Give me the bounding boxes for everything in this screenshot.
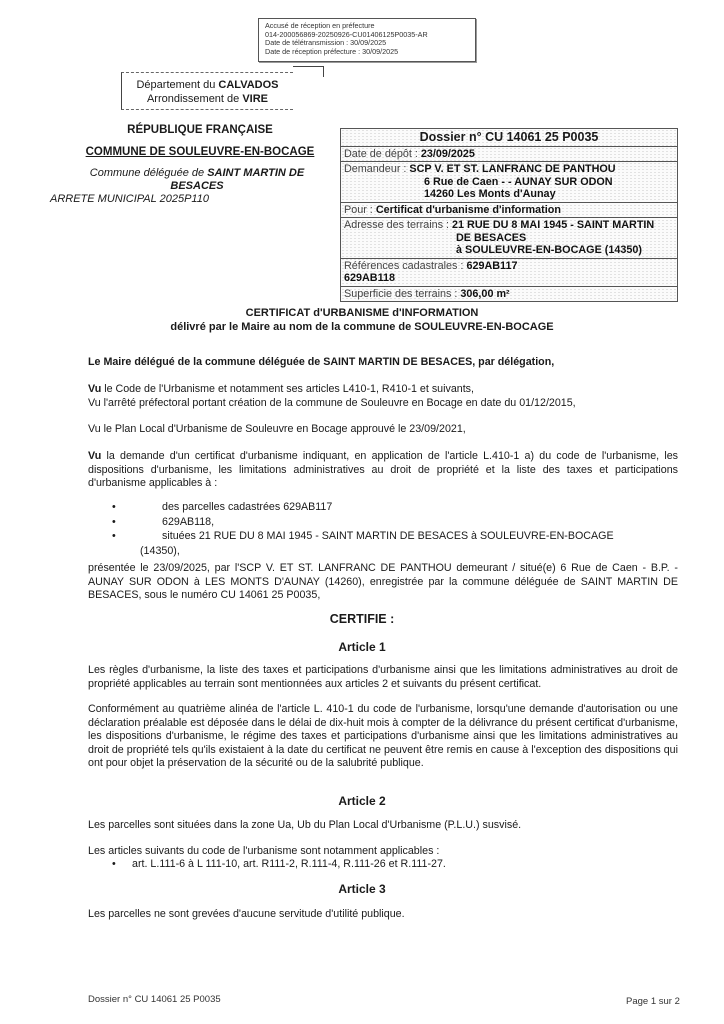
dept-box-corner: [293, 66, 324, 77]
footer-page-number: Page 1 sur 2: [626, 996, 680, 1007]
references-row: Références cadastrales : 629AB117 629AB1…: [341, 259, 677, 287]
pour-row: Pour : Certificat d'urbanisme d'informat…: [341, 203, 677, 219]
list-item-text: 629AB118,: [162, 515, 214, 530]
pour-value: Certificat d'urbanisme d'information: [376, 204, 561, 216]
department-box: Département du CALVADOS Arrondissement d…: [121, 72, 293, 110]
references-label: Références cadastrales :: [344, 260, 466, 272]
superficie-value: 306,00 m²: [460, 288, 509, 300]
demandeur-address: 6 Rue de Caen - - AUNAY SUR ODON: [424, 176, 613, 188]
arrondissement-name: VIRE: [242, 93, 268, 105]
title-line-1: CERTIFICAT d'URBANISME d'INFORMATION: [0, 306, 724, 320]
date-depot-row: Date de dépôt : 23/09/2025: [341, 147, 677, 163]
vu-arrete-prefectoral: Vu l'arrêté préfectoral portant création…: [88, 397, 678, 411]
stamp-line: Date de réception préfecture : 30/09/202…: [265, 48, 469, 57]
list-item: •situées 21 RUE DU 8 MAI 1945 - SAINT MA…: [112, 529, 678, 544]
article-1-paragraph-2: Conformément au quatrième alinéa de l'ar…: [88, 703, 678, 771]
list-item-continuation: (14350),: [112, 544, 678, 559]
presentee-paragraph: présentée le 23/09/2025, par l'SCP V. ET…: [88, 562, 678, 603]
dossier-info-table: Dossier n° CU 14061 25 P0035 Date de dép…: [340, 128, 678, 302]
vu-label: Vu: [88, 450, 101, 462]
list-item: •des parcelles cadastrées 629AB117: [112, 500, 678, 515]
vu-plu: Vu le Plan Local d'Urbanisme de Souleuvr…: [88, 423, 678, 437]
adresse-line: à SOULEUVRE-EN-BOCAGE (14350): [456, 244, 642, 256]
footer-dossier-number: Dossier n° CU 14061 25 P0035: [88, 994, 221, 1005]
arrondissement-prefix: Arrondissement de: [147, 93, 242, 105]
arrondissement-line: Arrondissement de VIRE: [122, 92, 293, 106]
reference-value: 629AB118: [344, 272, 395, 284]
date-depot-label: Date de dépôt :: [344, 148, 421, 160]
list-item: •629AB118,: [112, 515, 678, 530]
article-2-heading: Article 2: [0, 794, 724, 808]
maire-statement: Le Maire délégué de la commune déléguée …: [88, 356, 678, 370]
vu-text: la demande d'un certificat d'urbanisme i…: [88, 450, 678, 489]
title-line-2: délivré par le Maire au nom de la commun…: [0, 320, 724, 334]
demandeur-label: Demandeur :: [344, 163, 409, 175]
date-depot-value: 23/09/2025: [421, 148, 475, 160]
list-item-text: situées 21 RUE DU 8 MAI 1945 - SAINT MAR…: [162, 529, 614, 544]
article-2-list: •art. L.111-6 à L 111-10, art. R111-2, R…: [112, 857, 678, 872]
bullet-icon: •: [112, 515, 162, 530]
list-item-text: des parcelles cadastrées 629AB117: [162, 500, 332, 515]
list-item-text: art. L.111-6 à L 111-10, art. R111-2, R.…: [132, 857, 446, 872]
parcel-list: •des parcelles cadastrées 629AB117 •629A…: [112, 500, 678, 558]
prefecture-receipt-stamp: Accusé de réception en préfecture 014-20…: [258, 18, 476, 62]
bullet-icon: •: [112, 500, 162, 515]
article-2-paragraph-1: Les parcelles sont situées dans la zone …: [88, 819, 678, 833]
adresse-line: 21 RUE DU 8 MAI 1945 - SAINT MARTIN: [452, 219, 654, 231]
vu-label: Vu: [88, 383, 101, 395]
demandeur-row: Demandeur : SCP V. ET ST. LANFRANC DE PA…: [341, 162, 677, 203]
demandeur-city: 14260 Les Monts d'Aunay: [424, 188, 556, 200]
pour-label: Pour :: [344, 204, 376, 216]
certificate-title: CERTIFICAT d'URBANISME d'INFORMATION dél…: [0, 306, 724, 334]
vu-code-urbanisme: Vu le Code de l'Urbanisme et notamment s…: [88, 383, 678, 397]
arrete-number: ARRETE MUNICIPAL 2025P110: [50, 193, 209, 205]
republique-heading: RÉPUBLIQUE FRANÇAISE: [100, 124, 300, 136]
commune-deleguee: Commune déléguée de SAINT MARTIN DE BESA…: [66, 167, 328, 193]
vu-demande: Vu la demande d'un certificat d'urbanism…: [88, 450, 678, 491]
superficie-row: Superficie des terrains : 306,00 m²: [341, 287, 677, 302]
list-item: •art. L.111-6 à L 111-10, art. R111-2, R…: [112, 857, 678, 872]
adresse-line: DE BESACES: [456, 232, 526, 244]
demandeur-name: SCP V. ET ST. LANFRANC DE PANTHOU: [409, 163, 615, 175]
dossier-number: Dossier n° CU 14061 25 P0035: [341, 129, 677, 147]
department-line: Département du CALVADOS: [122, 78, 293, 92]
article-3-heading: Article 3: [0, 882, 724, 896]
adresse-row: Adresse des terrains : 21 RUE DU 8 MAI 1…: [341, 218, 677, 259]
article-1-paragraph-1: Les règles d'urbanisme, la liste des tax…: [88, 664, 678, 691]
commune-deleguee-prefix: Commune déléguée de: [90, 167, 207, 179]
department-prefix: Département du: [136, 79, 218, 91]
department-name: CALVADOS: [218, 79, 278, 91]
article-3-paragraph-1: Les parcelles ne sont grevées d'aucune s…: [88, 908, 678, 922]
bullet-icon: •: [112, 857, 132, 872]
article-1-heading: Article 1: [0, 640, 724, 654]
vu-text: le Code de l'Urbanisme et notamment ses …: [101, 383, 474, 395]
commune-heading: COMMUNE DE SOULEUVRE-EN-BOCAGE: [75, 146, 325, 158]
superficie-label: Superficie des terrains :: [344, 288, 460, 300]
bullet-icon: •: [112, 529, 162, 544]
reference-value: 629AB117: [466, 260, 517, 272]
certifie-heading: CERTIFIE :: [0, 612, 724, 626]
adresse-label: Adresse des terrains :: [344, 219, 452, 231]
